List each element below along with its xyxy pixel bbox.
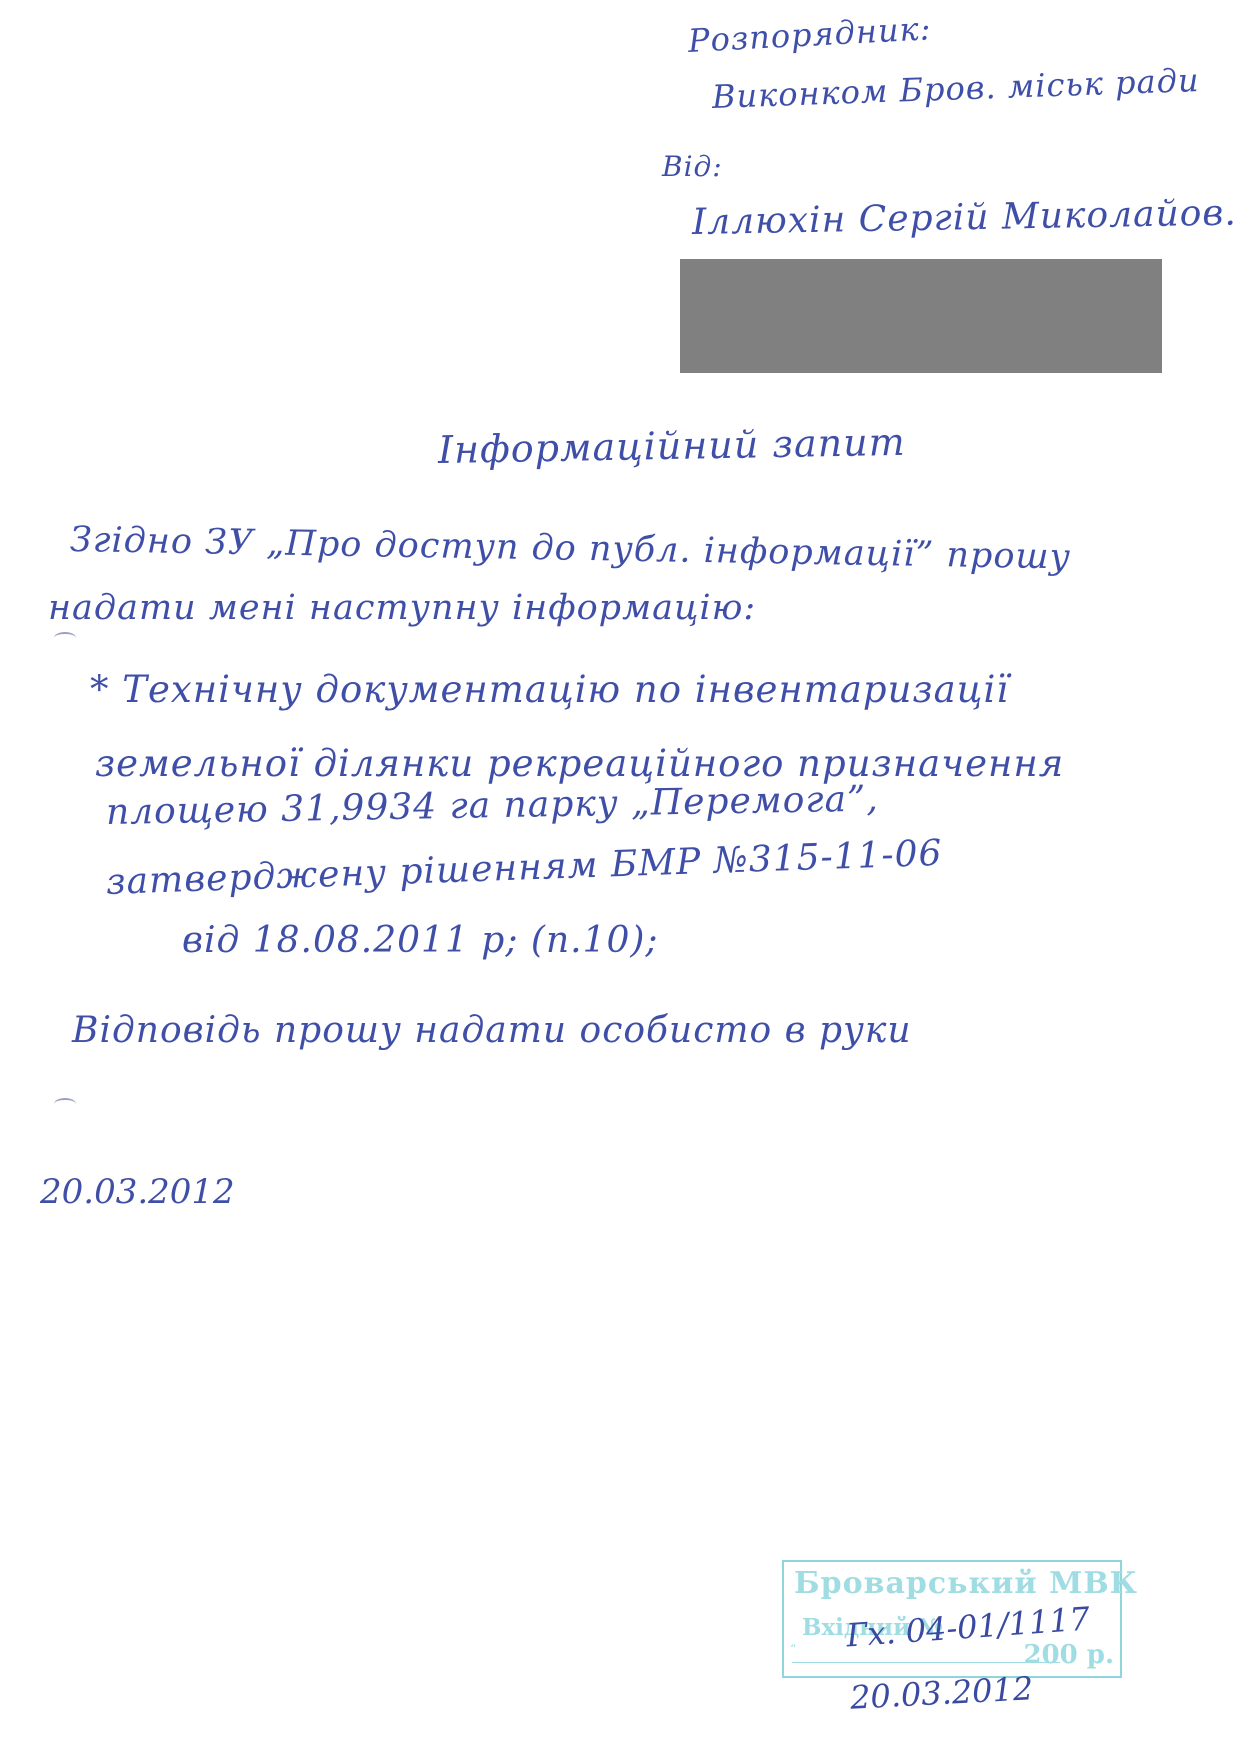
request-item-line-2: земельної ділянки рекреаційного призначе…	[95, 742, 1064, 785]
addressee: Виконком Бров. міськ ради	[711, 61, 1200, 116]
intro-line-2: надати мені наступну інформацію:	[48, 588, 756, 628]
margin-mark	[54, 632, 76, 644]
request-item-line-3: площею 31,9934 га парку „Перемога”,	[106, 779, 880, 833]
stamp-line	[792, 1662, 1060, 1663]
redacted-block	[680, 259, 1162, 373]
margin-mark	[54, 1098, 76, 1110]
addressee-label: Розпорядник:	[687, 9, 932, 60]
stamp-year: 200 р.	[1023, 1640, 1114, 1670]
request-item-line-4: затверджену рішенням БМР №315-11-06	[105, 833, 943, 903]
delivery-request: Відповідь прошу надати особисто в руки	[72, 1010, 912, 1051]
stamp-organization: Броварський МВК	[794, 1566, 1138, 1601]
stamp-handwritten-date: 20.03.2012	[849, 1669, 1034, 1717]
registration-stamp: Броварський МВК Вхідний № “ 200 р. Гх. 0…	[782, 1560, 1122, 1678]
request-item-line-1: * Технічну документацію по інвентаризаці…	[90, 668, 1009, 711]
stamp-quote: “	[790, 1642, 796, 1656]
intro-line-1: Згідно ЗУ „Про доступ до публ. інформаці…	[70, 520, 1072, 577]
from-name: Іллюхін Сергій Миколайов.	[692, 192, 1237, 243]
document-date: 20.03.2012	[40, 1172, 235, 1212]
document-title: Інформаційний запит	[438, 420, 906, 472]
request-item-line-5: від 18.08.2011 р; (п.10);	[182, 920, 659, 961]
from-label: Від:	[662, 150, 723, 183]
